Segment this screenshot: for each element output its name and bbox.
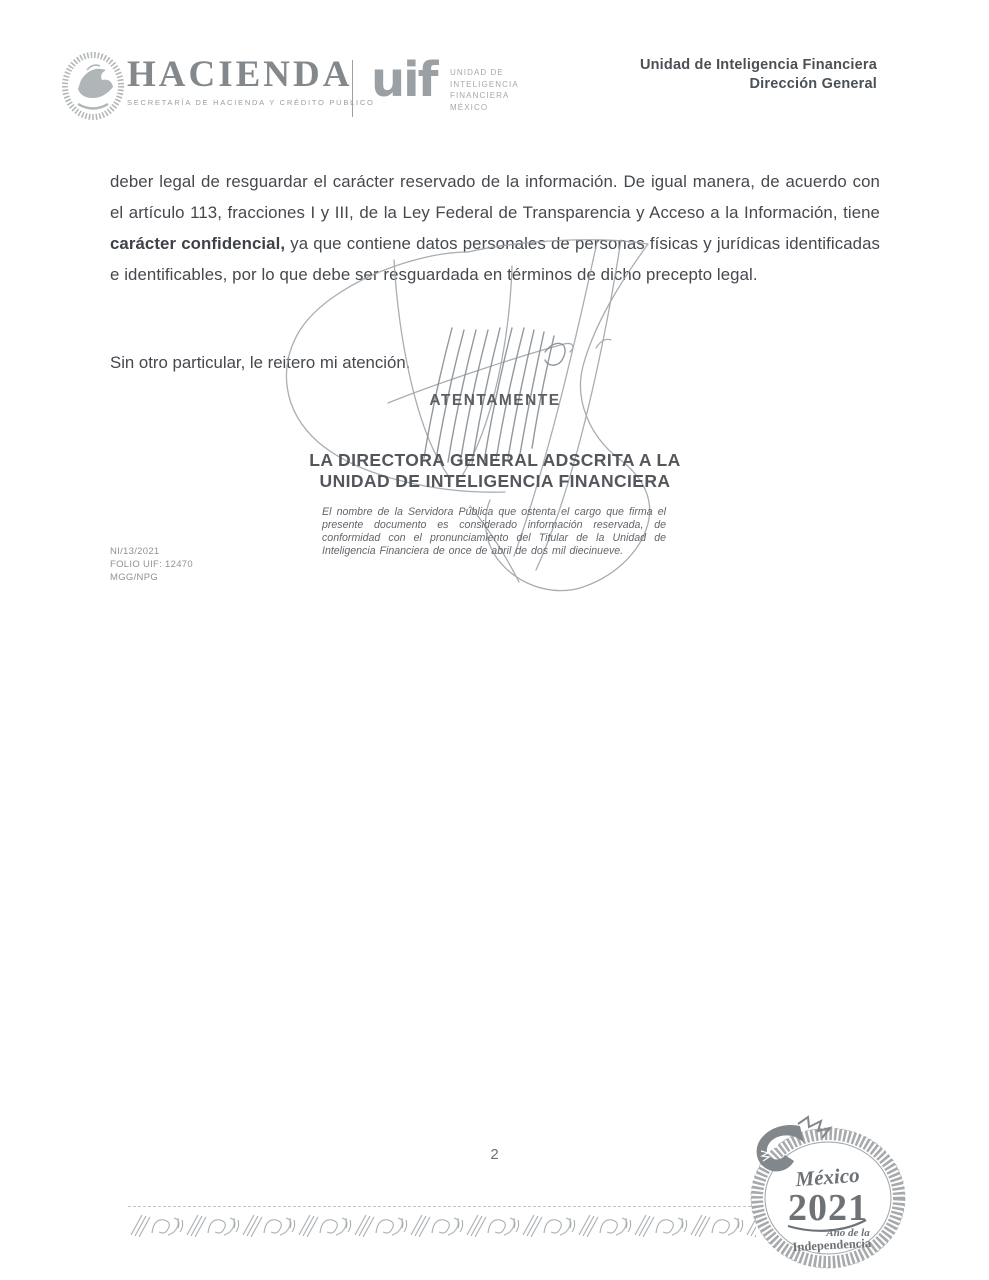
- hacienda-wordmark: HACIENDA: [127, 56, 375, 94]
- issuing-office: Unidad de Inteligencia Financiera Direcc…: [640, 56, 877, 93]
- uif-caption-line: UNIDAD DE: [450, 67, 519, 79]
- uif-caption-line: FINANCIERA: [450, 90, 519, 102]
- footer-rule: [128, 1206, 756, 1207]
- closing-line: Sin otro particular, le reitero mi atenc…: [110, 353, 410, 373]
- footer-ornament-band: [128, 1212, 756, 1238]
- confidential-emphasis: carácter confidencial,: [110, 234, 285, 253]
- mexican-coat-of-arms-icon: [60, 48, 126, 128]
- reference-folio: FOLIO UIF: 12470: [110, 559, 193, 572]
- header-divider: [352, 60, 353, 117]
- mexico-2021-independencia-seal-icon: México 2021 Año de la Independencia: [744, 1114, 908, 1270]
- reference-block: NI/13/2021 FOLIO UIF: 12470 MGG/NPG: [110, 546, 193, 584]
- signer-title-line-1: LA DIRECTORA GENERAL ADSCRITA A LA: [110, 450, 880, 471]
- scanned-letter-page: HACIENDA SECRETARÍA DE HACIENDA Y CRÉDIT…: [0, 0, 989, 1280]
- signer-title-line-2: UNIDAD DE INTELIGENCIA FINANCIERA: [110, 471, 880, 492]
- office-line-2: Dirección General: [640, 75, 877, 94]
- signer-title: LA DIRECTORA GENERAL ADSCRITA A LA UNIDA…: [110, 450, 880, 492]
- privacy-note: El nombre de la Servidora Pública que os…: [322, 506, 666, 559]
- uif-wordmark: uif: [371, 54, 437, 106]
- reference-ni: NI/13/2021: [110, 546, 193, 559]
- reference-initials: MGG/NPG: [110, 572, 193, 585]
- hacienda-logo: HACIENDA SECRETARÍA DE HACIENDA Y CRÉDIT…: [127, 56, 375, 107]
- salutation-heading: ATENTAMENTE: [110, 392, 880, 410]
- uif-caption-line: INTELIGENCIA: [450, 79, 519, 91]
- office-line-1: Unidad de Inteligencia Financiera: [640, 56, 877, 75]
- seal-year-text: 2021: [788, 1187, 868, 1229]
- uif-caption-line: MÉXICO: [450, 102, 519, 114]
- hacienda-subtitle: SECRETARÍA DE HACIENDA Y CRÉDITO PÚBLICO: [127, 98, 375, 107]
- body-paragraph: deber legal de resguardar el carácter re…: [110, 166, 880, 290]
- uif-caption: UNIDAD DE INTELIGENCIA FINANCIERA MÉXICO: [450, 67, 519, 113]
- paragraph-text: deber legal de resguardar el carácter re…: [110, 172, 880, 222]
